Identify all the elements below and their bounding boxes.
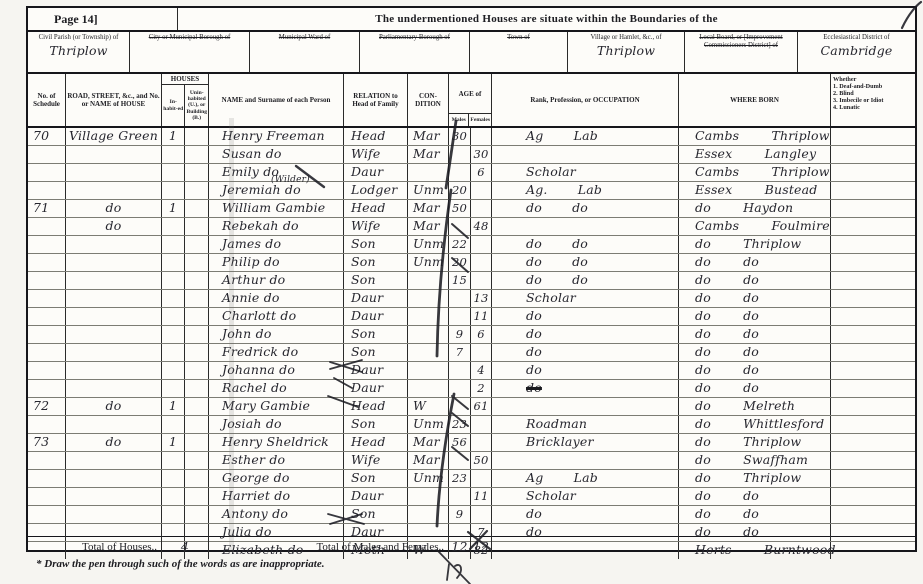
cell-age-female: 6 (471, 326, 492, 343)
cell-schedule (28, 488, 66, 505)
cell-infirmity (831, 128, 915, 145)
table-row: Susan doWifeMar30Essex Langley (28, 146, 915, 164)
name-superscript: (Wilder) (271, 176, 310, 185)
cell-relation: Son (344, 470, 408, 487)
cell-inhabited (162, 344, 185, 361)
cell-infirmity (831, 434, 915, 451)
cell-uninhabited (185, 128, 209, 145)
cell-condition (408, 164, 449, 181)
cell-age-female: 13 (471, 290, 492, 307)
cell-schedule (28, 236, 66, 253)
cell-age-female (471, 254, 492, 271)
person-name: Henry Sheldrick (222, 434, 329, 449)
cell-road (66, 326, 162, 343)
cell-relation: Daur (344, 290, 408, 307)
cell-occupation (492, 398, 679, 415)
district-box: Civil Parish (or Township) ofThriplow (28, 32, 130, 72)
cell-road: Village Green (66, 128, 162, 145)
cell-road (66, 236, 162, 253)
cell-infirmity (831, 416, 915, 433)
cell-age-male (449, 308, 471, 325)
person-name: Elizabeth do (222, 542, 304, 557)
cell-occupation: do (492, 362, 679, 379)
table-row: (Wilder)Jeremiah doLodgerUnm20Ag. LabEss… (28, 182, 915, 200)
district-box: Local Board, or [Improvement Commissione… (685, 32, 798, 72)
cell-age-male (449, 398, 471, 415)
table-row: Rachel doDaur2dodo do (28, 380, 915, 398)
cell-age-female: 7 (471, 524, 492, 541)
cell-age-female: 30 (471, 146, 492, 163)
cell-age-male (449, 452, 471, 469)
cell-relation: Wife (344, 452, 408, 469)
cell-condition: W (408, 398, 449, 415)
table-row: Harriet doDaur11Scholardo do (28, 488, 915, 506)
cell-infirmity (831, 272, 915, 289)
cell-relation: Daur (344, 308, 408, 325)
cell-relation: Son (344, 344, 408, 361)
cell-age-female: 11 (471, 488, 492, 505)
cell-infirmity (831, 506, 915, 523)
col-inhabited: In-habit-ed (162, 85, 185, 126)
cell-condition: Unm (408, 416, 449, 433)
cell-inhabited (162, 164, 185, 181)
table-row: 72do1Mary GambieHeadW61do Melreth (28, 398, 915, 416)
cell-born: Essex Langley (679, 146, 831, 163)
cell-road (66, 470, 162, 487)
district-row: Civil Parish (or Township) ofThriplowCit… (28, 32, 915, 74)
cell-condition: Unm (408, 254, 449, 271)
table-row: Elizabeth doMothW82Herts Burntwood (28, 542, 915, 559)
cell-inhabited (162, 272, 185, 289)
cell-uninhabited (185, 308, 209, 325)
table-row: Philip doSonUnm20do dodo do (28, 254, 915, 272)
cell-age-female (471, 200, 492, 217)
cell-born: do do (679, 362, 831, 379)
cell-age-female (471, 128, 492, 145)
cell-age-female (471, 236, 492, 253)
cell-infirmity (831, 524, 915, 541)
cell-uninhabited (185, 416, 209, 433)
cell-road: do (66, 434, 162, 451)
cell-uninhabited (185, 272, 209, 289)
district-label: Municipal Ward of (250, 34, 359, 42)
cell-infirmity (831, 182, 915, 199)
cell-inhabited (162, 362, 185, 379)
cell-infirmity (831, 164, 915, 181)
cell-condition (408, 272, 449, 289)
cell-schedule (28, 272, 66, 289)
person-name: Mary Gambie (222, 398, 310, 413)
cell-inhabited (162, 452, 185, 469)
cell-schedule (28, 146, 66, 163)
col-houses: HOUSES (162, 74, 208, 85)
page-title: The undermentioned Houses are situate wi… (178, 13, 915, 25)
cell-relation: Wife (344, 146, 408, 163)
col-born: WHERE BORN (679, 74, 831, 126)
col-age: AGE of (449, 74, 491, 113)
district-label: Parliamentary Borough of (360, 34, 469, 42)
cell-relation: Son (344, 416, 408, 433)
cell-inhabited (162, 416, 185, 433)
district-box: Municipal Ward of (250, 32, 360, 72)
cell-age-male (449, 164, 471, 181)
cell-condition: Mar (408, 434, 449, 451)
cell-born: do do (679, 308, 831, 325)
table-row: George doSonUnm23Ag Labdo Thriplow (28, 470, 915, 488)
cell-age-male (449, 524, 471, 541)
table-row: Charlott doDaur11dodo do (28, 308, 915, 326)
cell-uninhabited (185, 488, 209, 505)
cell-occupation: do (492, 506, 679, 523)
cell-condition: Mar (408, 452, 449, 469)
table-row: 70Village Green1Henry FreemanHeadMar30Ag… (28, 128, 915, 146)
cell-condition: Mar (408, 218, 449, 235)
cell-condition: Unm (408, 470, 449, 487)
cell-born: do do (679, 254, 831, 271)
cell-inhabited (162, 290, 185, 307)
cell-uninhabited (185, 434, 209, 451)
table-row: James doSonUnm22do dodo Thriplow (28, 236, 915, 254)
district-box: Town of (470, 32, 568, 72)
cell-uninhabited (185, 380, 209, 397)
cell-uninhabited (185, 254, 209, 271)
cell-uninhabited (185, 506, 209, 523)
cell-schedule (28, 506, 66, 523)
cell-relation: Head (344, 434, 408, 451)
col-uninhabited: Unin-habited (U.), or Building (B.) (185, 85, 208, 126)
cell-age-male: 20 (449, 182, 471, 199)
cell-occupation: Scholar (492, 164, 679, 181)
district-value: Thriplow (28, 43, 129, 58)
cell-age-male (449, 542, 471, 559)
cell-born: do Melreth (679, 398, 831, 415)
cell-inhabited (162, 308, 185, 325)
cell-road (66, 452, 162, 469)
district-box: Parliamentary Borough of (360, 32, 470, 72)
cell-relation: Head (344, 128, 408, 145)
cell-schedule (28, 362, 66, 379)
table-row: John doSon96dodo do (28, 326, 915, 344)
cell-schedule: 70 (28, 128, 66, 145)
cell-inhabited (162, 488, 185, 505)
cell-uninhabited (185, 218, 209, 235)
cell-schedule (28, 326, 66, 343)
cell-uninhabited (185, 146, 209, 163)
cell-age-female (471, 416, 492, 433)
cell-age-male: 30 (449, 128, 471, 145)
col-age-group: AGE of Males Females (449, 74, 492, 126)
cell-schedule (28, 470, 66, 487)
cell-schedule (28, 290, 66, 307)
cell-infirmity (831, 542, 915, 559)
cell-schedule (28, 164, 66, 181)
cell-age-female: 2 (471, 380, 492, 397)
cell-age-female (471, 182, 492, 199)
cell-age-female (471, 272, 492, 289)
cell-uninhabited (185, 452, 209, 469)
cell-born: do do (679, 272, 831, 289)
cell-inhabited (162, 146, 185, 163)
column-headers: No. of Schedule ROAD, STREET, &c., and N… (28, 74, 915, 128)
cell-infirmity (831, 218, 915, 235)
cell-schedule (28, 308, 66, 325)
cell-occupation: Roadman (492, 416, 679, 433)
col-infirmity: Whether 1. Deaf-and-Dumb 2. Blind 3. Imb… (831, 74, 915, 126)
page-number: Page 14] (28, 8, 178, 30)
cell-inhabited (162, 254, 185, 271)
cell-relation: Son (344, 326, 408, 343)
table-row: Esther doWifeMar50do Swaffham (28, 452, 915, 470)
cell-schedule (28, 542, 66, 559)
cell-condition (408, 308, 449, 325)
cell-born: Cambs Thriplow (679, 128, 831, 145)
cell-road (66, 272, 162, 289)
district-label: Village or Hamlet, &c., of (568, 34, 684, 42)
person-name: William Gambie (222, 200, 325, 215)
district-box: City or Municipal Borough of (130, 32, 250, 72)
cell-road (66, 290, 162, 307)
cell-infirmity (831, 344, 915, 361)
table-row: Johanna doDaur4dodo do (28, 362, 915, 380)
cell-condition (408, 506, 449, 523)
cell-inhabited (162, 236, 185, 253)
district-label: Civil Parish (or Township) of (28, 34, 129, 42)
cell-relation: Son (344, 236, 408, 253)
cell-road (66, 164, 162, 181)
cell-age-female: 48 (471, 218, 492, 235)
cell-born: do do (679, 506, 831, 523)
cell-age-male: 50 (449, 200, 471, 217)
cell-infirmity (831, 290, 915, 307)
cell-born: Cambs Thriplow (679, 164, 831, 181)
cell-age-male: 56 (449, 434, 471, 451)
district-box: Ecclesiastical District ofCambridge (798, 32, 915, 72)
cell-schedule (28, 182, 66, 199)
cell-age-male (449, 218, 471, 235)
cell-infirmity (831, 200, 915, 217)
table-row: Fredrick doSon7dodo do (28, 344, 915, 362)
col-houses-group: HOUSES In-habit-ed Unin-habited (U.), or… (162, 74, 209, 126)
cell-condition (408, 290, 449, 307)
table-row: Antony doSon9dodo do (28, 506, 915, 524)
district-label: Local Board, or [Improvement Commissione… (685, 34, 797, 49)
col-schedule: No. of Schedule (28, 74, 66, 126)
cell-born: do Thriplow (679, 434, 831, 451)
cell-inhabited: 1 (162, 434, 185, 451)
cell-occupation: Scholar (492, 290, 679, 307)
district-value: Cambridge (798, 43, 915, 58)
cell-condition (408, 488, 449, 505)
cell-relation: Son (344, 254, 408, 271)
cell-inhabited (162, 542, 185, 559)
cell-road (66, 308, 162, 325)
cell-road (66, 344, 162, 361)
table-row: doRebekah doWifeMar48Cambs Foulmire (28, 218, 915, 236)
census-scan: Page 14] The undermentioned Houses are s… (0, 0, 923, 584)
cell-road (66, 362, 162, 379)
cell-uninhabited (185, 200, 209, 217)
cell-occupation: Ag Lab (492, 470, 679, 487)
table-row: Julia doDaur7dodo do (28, 524, 915, 542)
cell-age-female (471, 344, 492, 361)
col-occupation: Rank, Profession, or OCCUPATION (492, 74, 679, 126)
scan-artifact-band (229, 118, 234, 552)
cell-road (66, 488, 162, 505)
cell-relation: Daur (344, 524, 408, 541)
cell-born: do do (679, 380, 831, 397)
cell-age-female: 11 (471, 308, 492, 325)
cell-relation: Wife (344, 218, 408, 235)
cell-schedule (28, 452, 66, 469)
cell-relation: Daur (344, 164, 408, 181)
cell-born: Cambs Foulmire (679, 218, 831, 235)
cell-road (66, 542, 162, 559)
cell-condition (408, 326, 449, 343)
cell-age-female: 61 (471, 398, 492, 415)
cell-schedule (28, 254, 66, 271)
cell-born: Herts Burntwood (679, 542, 831, 559)
cell-condition: W (408, 542, 449, 559)
cell-occupation: Ag. Lab (492, 182, 679, 199)
cell-relation: Moth (344, 542, 408, 559)
district-label: Ecclesiastical District of (798, 34, 915, 42)
cell-relation: Son (344, 272, 408, 289)
cell-uninhabited (185, 542, 209, 559)
col-condition: CON- DITION (408, 74, 449, 126)
cell-age-female (471, 470, 492, 487)
table-row: Arthur doSon15do dodo do (28, 272, 915, 290)
cell-occupation (492, 218, 679, 235)
cell-infirmity (831, 380, 915, 397)
cell-uninhabited (185, 326, 209, 343)
cell-occupation (492, 452, 679, 469)
cell-inhabited (162, 380, 185, 397)
cell-infirmity (831, 452, 915, 469)
cell-condition: Unm (408, 182, 449, 199)
cell-relation: Daur (344, 380, 408, 397)
footnote: * Draw the pen through such of the words… (36, 558, 325, 570)
cell-inhabited (162, 326, 185, 343)
cell-age-female: 82 (471, 542, 492, 559)
cell-condition (408, 362, 449, 379)
cell-occupation: do (492, 326, 679, 343)
cell-age-male: 15 (449, 272, 471, 289)
cell-occupation (492, 146, 679, 163)
cell-road: do (66, 218, 162, 235)
cell-relation: Lodger (344, 182, 408, 199)
cell-relation: Son (344, 506, 408, 523)
cell-uninhabited (185, 524, 209, 541)
cell-age-male: 9 (449, 326, 471, 343)
cell-schedule (28, 416, 66, 433)
cell-uninhabited (185, 236, 209, 253)
cell-age-female: 4 (471, 362, 492, 379)
cell-condition: Mar (408, 200, 449, 217)
cell-age-male (449, 362, 471, 379)
cell-born: do Swaffham (679, 452, 831, 469)
col-road: ROAD, STREET, &c., and No. or NAME of HO… (66, 74, 162, 126)
cell-occupation: do (492, 344, 679, 361)
cell-inhabited (162, 218, 185, 235)
table-row: Annie doDaur13Scholardo do (28, 290, 915, 308)
cell-uninhabited (185, 344, 209, 361)
cell-age-female: 50 (471, 452, 492, 469)
cell-occupation (492, 542, 679, 559)
cell-age-male (449, 488, 471, 505)
cell-infirmity (831, 236, 915, 253)
cell-born: do Whittlesford (679, 416, 831, 433)
cell-infirmity (831, 398, 915, 415)
cell-age-male: 23 (449, 416, 471, 433)
cell-occupation: do do (492, 254, 679, 271)
cell-relation: Daur (344, 488, 408, 505)
table-row: 71do1William GambieHeadMar50do dodo Hayd… (28, 200, 915, 218)
cell-inhabited: 1 (162, 200, 185, 217)
cell-occupation: do do (492, 272, 679, 289)
cell-schedule: 71 (28, 200, 66, 217)
cell-occupation: Ag Lab (492, 128, 679, 145)
cell-condition: Mar (408, 128, 449, 145)
cell-uninhabited (185, 398, 209, 415)
cell-born: do do (679, 326, 831, 343)
cell-born: do do (679, 290, 831, 307)
cell-age-female (471, 506, 492, 523)
cell-inhabited (162, 470, 185, 487)
cell-occupation: do do (492, 200, 679, 217)
cell-age-male: 7 (449, 344, 471, 361)
district-label: Town of (470, 34, 567, 42)
district-value: Thriplow (568, 43, 684, 58)
cell-infirmity (831, 488, 915, 505)
cell-uninhabited (185, 470, 209, 487)
cell-inhabited: 1 (162, 398, 185, 415)
cell-age-male (449, 290, 471, 307)
cell-schedule (28, 524, 66, 541)
cell-inhabited (162, 524, 185, 541)
col-females: Females (469, 114, 491, 126)
cell-occupation: Bricklayer (492, 434, 679, 451)
cell-infirmity (831, 308, 915, 325)
cell-age-male (449, 146, 471, 163)
cell-road: do (66, 200, 162, 217)
cell-infirmity (831, 146, 915, 163)
cell-uninhabited (185, 182, 209, 199)
district-label: City or Municipal Borough of (130, 34, 249, 42)
cell-uninhabited (185, 290, 209, 307)
cell-uninhabited (185, 362, 209, 379)
cell-road (66, 506, 162, 523)
cell-inhabited: 1 (162, 128, 185, 145)
cell-condition (408, 380, 449, 397)
cell-occupation: do (492, 308, 679, 325)
cell-occupation: do (492, 524, 679, 541)
cell-road: do (66, 398, 162, 415)
cell-relation: Head (344, 398, 408, 415)
cell-age-male: 23 (449, 470, 471, 487)
cell-infirmity (831, 254, 915, 271)
person-name: Henry Freeman (222, 128, 325, 143)
cell-road (66, 380, 162, 397)
cell-born: do do (679, 524, 831, 541)
cell-condition: Unm (408, 236, 449, 253)
cell-schedule: 73 (28, 434, 66, 451)
census-page: Page 14] The undermentioned Houses are s… (26, 6, 917, 552)
cell-age-male: 20 (449, 254, 471, 271)
cell-schedule: 72 (28, 398, 66, 415)
cell-condition (408, 524, 449, 541)
cell-age-female (471, 434, 492, 451)
cell-age-male: 9 (449, 506, 471, 523)
